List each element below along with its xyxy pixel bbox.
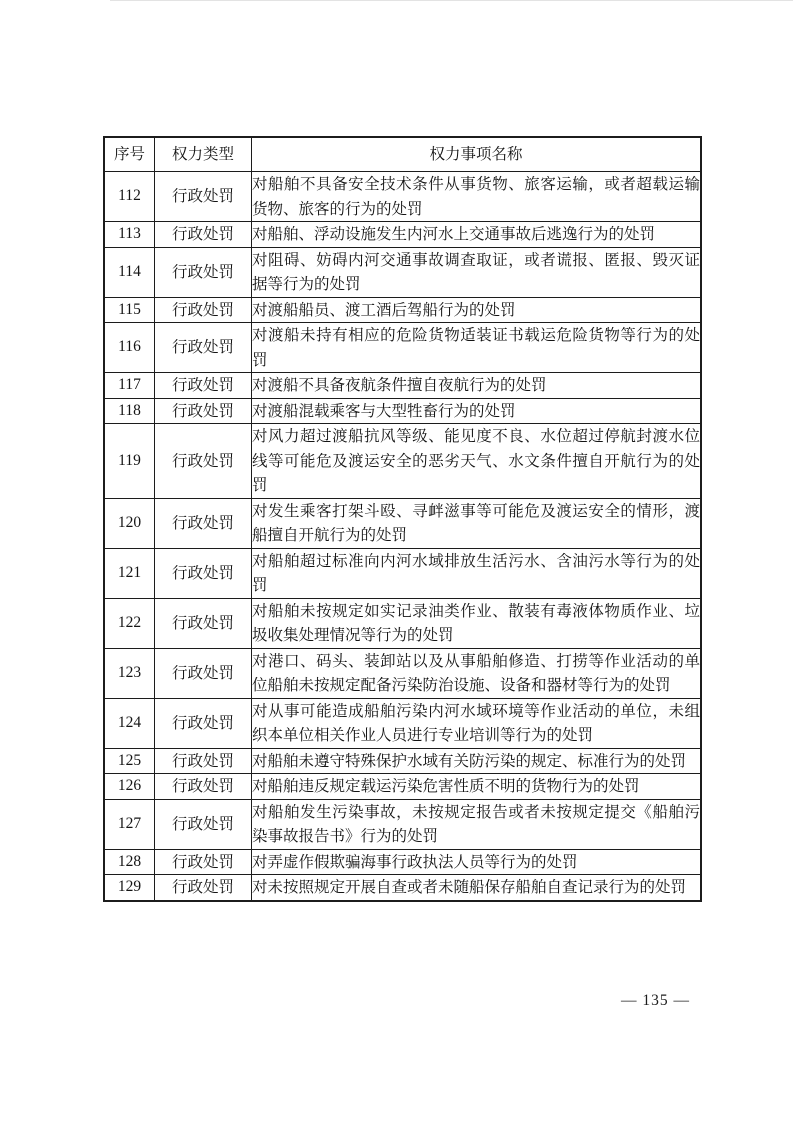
- table-row: 113 行政处罚 对船舶、浮动设施发生内河水上交通事故后逃逸行为的处罚: [104, 222, 701, 248]
- cell-power-item-name: 对港口、码头、装卸站以及从事船舶修造、打捞等作业活动的单位船舶未按规定配备污染防…: [252, 648, 702, 698]
- table-row: 126 行政处罚 对船舶违反规定载运污染危害性质不明的货物行为的处罚: [104, 774, 701, 800]
- cell-power-item-name: 对船舶超过标准向内河水域排放生活污水、含油污水等行为的处罚: [252, 548, 702, 598]
- cell-power-item-name: 对弄虚作假欺骗海事行政执法人员等行为的处罚: [252, 849, 702, 875]
- table-row: 112 行政处罚 对船舶不具备安全技术条件从事货物、旅客运输，或者超载运输货物、…: [104, 172, 701, 222]
- cell-serial-number: 125: [104, 748, 155, 774]
- header-power-type: 权力类型: [155, 137, 252, 172]
- cell-serial-number: 127: [104, 799, 155, 849]
- cell-power-item-name: 对渡船船员、渡工酒后驾船行为的处罚: [252, 297, 702, 323]
- cell-power-item-name: 对船舶未按规定如实记录油类作业、散装有毒液体物质作业、垃圾收集处理情况等行为的处…: [252, 598, 702, 648]
- cell-power-type: 行政处罚: [155, 373, 252, 399]
- cell-power-type: 行政处罚: [155, 222, 252, 248]
- cell-serial-number: 120: [104, 498, 155, 548]
- table-row: 124 行政处罚 对从事可能造成船舶污染内河水域环境等作业活动的单位，未组织本单…: [104, 698, 701, 748]
- table-header-row: 序号 权力类型 权力事项名称: [104, 137, 701, 172]
- cell-serial-number: 118: [104, 398, 155, 424]
- cell-power-type: 行政处罚: [155, 875, 252, 901]
- table-row: 119 行政处罚 对风力超过渡船抗风等级、能见度不良、水位超过停航封渡水位线等可…: [104, 424, 701, 499]
- power-items-table: 序号 权力类型 权力事项名称 112 行政处罚 对船舶不具备安全技术条件从事货物…: [103, 136, 702, 902]
- cell-serial-number: 122: [104, 598, 155, 648]
- table-row: 121 行政处罚 对船舶超过标准向内河水域排放生活污水、含油污水等行为的处罚: [104, 548, 701, 598]
- cell-serial-number: 117: [104, 373, 155, 399]
- table-row: 120 行政处罚 对发生乘客打架斗殴、寻衅滋事等可能危及渡运安全的情形，渡船擅自…: [104, 498, 701, 548]
- header-power-item-name: 权力事项名称: [252, 137, 702, 172]
- cell-power-type: 行政处罚: [155, 323, 252, 373]
- cell-power-item-name: 对风力超过渡船抗风等级、能见度不良、水位超过停航封渡水位线等可能危及渡运安全的恶…: [252, 424, 702, 499]
- cell-serial-number: 123: [104, 648, 155, 698]
- cell-serial-number: 112: [104, 172, 155, 222]
- table-row: 127 行政处罚 对船舶发生污染事故，未按规定报告或者未按规定提交《船舶污染事故…: [104, 799, 701, 849]
- cell-power-item-name: 对未按照规定开展自查或者未随船保存船舶自查记录行为的处罚: [252, 875, 702, 901]
- cell-power-type: 行政处罚: [155, 172, 252, 222]
- table-row: 115 行政处罚 对渡船船员、渡工酒后驾船行为的处罚: [104, 297, 701, 323]
- table-row: 114 行政处罚 对阻碍、妨碍内河交通事故调查取证，或者谎报、匿报、毁灭证据等行…: [104, 247, 701, 297]
- cell-serial-number: 119: [104, 424, 155, 499]
- cell-power-item-name: 对从事可能造成船舶污染内河水域环境等作业活动的单位，未组织本单位相关作业人员进行…: [252, 698, 702, 748]
- cell-serial-number: 113: [104, 222, 155, 248]
- cell-serial-number: 121: [104, 548, 155, 598]
- cell-power-type: 行政处罚: [155, 247, 252, 297]
- cell-power-type: 行政处罚: [155, 698, 252, 748]
- cell-power-type: 行政处罚: [155, 799, 252, 849]
- cell-serial-number: 126: [104, 774, 155, 800]
- cell-power-type: 行政处罚: [155, 774, 252, 800]
- table-row: 122 行政处罚 对船舶未按规定如实记录油类作业、散装有毒液体物质作业、垃圾收集…: [104, 598, 701, 648]
- page-number: — 135 —: [621, 992, 690, 1010]
- cell-serial-number: 124: [104, 698, 155, 748]
- cell-power-item-name: 对渡船不具备夜航条件擅自夜航行为的处罚: [252, 373, 702, 399]
- cell-power-type: 行政处罚: [155, 424, 252, 499]
- header-serial-number: 序号: [104, 137, 155, 172]
- cell-serial-number: 115: [104, 297, 155, 323]
- table-row: 123 行政处罚 对港口、码头、装卸站以及从事船舶修造、打捞等作业活动的单位船舶…: [104, 648, 701, 698]
- cell-power-item-name: 对船舶不具备安全技术条件从事货物、旅客运输，或者超载运输货物、旅客的行为的处罚: [252, 172, 702, 222]
- document-page: 序号 权力类型 权力事项名称 112 行政处罚 对船舶不具备安全技术条件从事货物…: [0, 0, 793, 1122]
- cell-power-type: 行政处罚: [155, 648, 252, 698]
- table-row: 128 行政处罚 对弄虚作假欺骗海事行政执法人员等行为的处罚: [104, 849, 701, 875]
- table-row: 117 行政处罚 对渡船不具备夜航条件擅自夜航行为的处罚: [104, 373, 701, 399]
- cell-power-type: 行政处罚: [155, 748, 252, 774]
- cell-power-type: 行政处罚: [155, 548, 252, 598]
- cell-power-item-name: 对渡船未持有相应的危险货物适装证书载运危险货物等行为的处罚: [252, 323, 702, 373]
- cell-power-item-name: 对渡船混载乘客与大型牲畜行为的处罚: [252, 398, 702, 424]
- cell-serial-number: 129: [104, 875, 155, 901]
- cell-power-item-name: 对船舶违反规定载运污染危害性质不明的货物行为的处罚: [252, 774, 702, 800]
- cell-serial-number: 116: [104, 323, 155, 373]
- table-row: 116 行政处罚 对渡船未持有相应的危险货物适装证书载运危险货物等行为的处罚: [104, 323, 701, 373]
- cell-power-type: 行政处罚: [155, 498, 252, 548]
- cell-serial-number: 114: [104, 247, 155, 297]
- cell-power-type: 行政处罚: [155, 849, 252, 875]
- cell-power-type: 行政处罚: [155, 598, 252, 648]
- cell-power-item-name: 对阻碍、妨碍内河交通事故调查取证，或者谎报、匿报、毁灭证据等行为的处罚: [252, 247, 702, 297]
- cell-power-item-name: 对船舶未遵守特殊保护水域有关防污染的规定、标准行为的处罚: [252, 748, 702, 774]
- scan-edge-line: [110, 0, 793, 1]
- table-row: 118 行政处罚 对渡船混载乘客与大型牲畜行为的处罚: [104, 398, 701, 424]
- cell-power-type: 行政处罚: [155, 297, 252, 323]
- table-row: 129 行政处罚 对未按照规定开展自查或者未随船保存船舶自查记录行为的处罚: [104, 875, 701, 901]
- cell-serial-number: 128: [104, 849, 155, 875]
- cell-power-type: 行政处罚: [155, 398, 252, 424]
- cell-power-item-name: 对船舶、浮动设施发生内河水上交通事故后逃逸行为的处罚: [252, 222, 702, 248]
- table-row: 125 行政处罚 对船舶未遵守特殊保护水域有关防污染的规定、标准行为的处罚: [104, 748, 701, 774]
- cell-power-item-name: 对船舶发生污染事故，未按规定报告或者未按规定提交《船舶污染事故报告书》行为的处罚: [252, 799, 702, 849]
- cell-power-item-name: 对发生乘客打架斗殴、寻衅滋事等可能危及渡运安全的情形，渡船擅自开航行为的处罚: [252, 498, 702, 548]
